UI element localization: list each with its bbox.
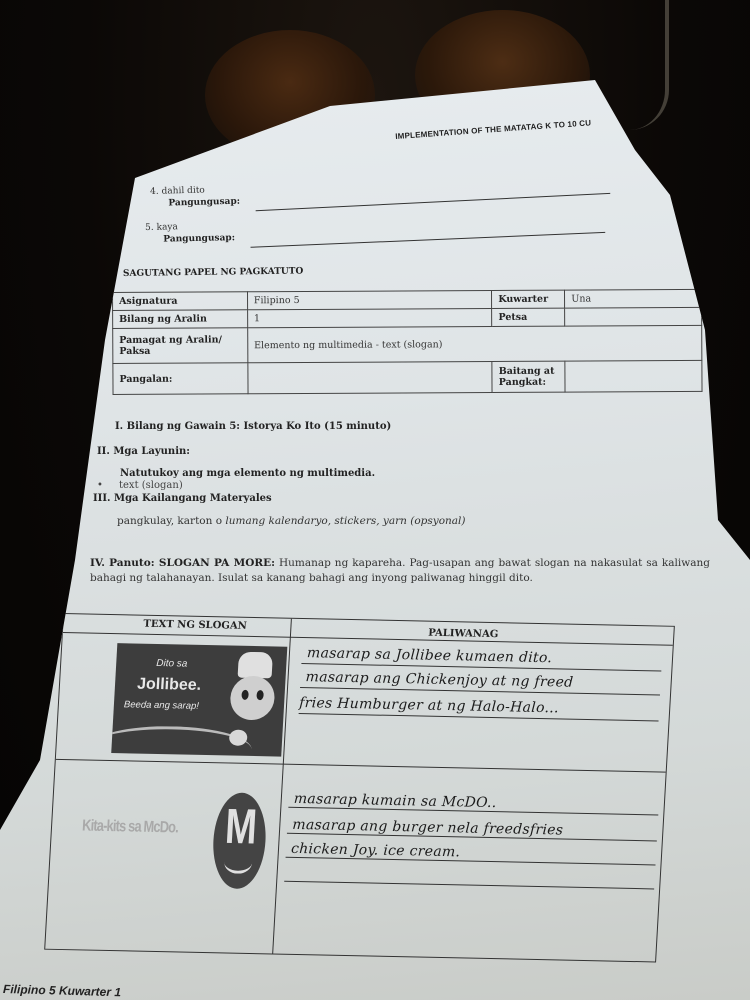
lesson-title-label: Pamagat ng Aralin/ Paksa [113, 328, 248, 364]
date-label: Petsa [492, 308, 565, 326]
slogan-table: TEXT NG SLOGAN PALIWANAG Dito sa Jollibe… [44, 613, 675, 962]
answer-sheet-title: SAGUTANG PAPEL NG PAGKATUTO [123, 266, 303, 279]
bullet-icon: • [97, 480, 119, 491]
sentence-label: Pangungusap: [163, 233, 235, 244]
objective-text: Natutukoy ang mga elemento ng multimedia… [120, 468, 375, 479]
name-label: Pangalan: [113, 363, 248, 395]
page-header: IMPLEMENTATION OF THE MATATAG K TO 10 CU [395, 118, 591, 141]
jollibee-logo-text: Jollibee. [137, 676, 202, 695]
quarter-label: Kuwarter [492, 290, 565, 308]
materials-list: pangkulay, karton o lumang kalendaryo, s… [117, 515, 466, 527]
jollibee-mascot-icon [229, 676, 275, 721]
connector-word: dahil dito [161, 186, 204, 197]
objective-bullet: •text (slogan) [97, 480, 183, 491]
quarter-value: Una [565, 289, 702, 308]
materials-heading: III. Mga Kailangang Materyales [93, 493, 272, 504]
column-header-explanation: PALIWANAG [428, 628, 499, 640]
worksheet-page: IMPLEMENTATION OF THE MATATAG K TO 10 CU… [0, 0, 750, 1000]
sentence-item-4: 4. dahil dito Pangungusap: [150, 185, 240, 209]
mcdo-slogan-text: Kita-kits sa McDo. [82, 817, 179, 837]
subject-value: Filipino 5 [247, 291, 492, 310]
objectives-heading: II. Mga Layunin: [97, 446, 190, 457]
mcdonalds-logo-icon: M [211, 792, 268, 889]
mcdo-ad-image: Kita-kits sa McDo. M [79, 789, 275, 893]
connector-word: kaya [156, 222, 177, 232]
answer-line[interactable] [256, 193, 611, 211]
column-header-slogan: TEXT NG SLOGAN [143, 619, 247, 632]
subject-label: Asignatura [113, 292, 248, 311]
lesson-number-value: 1 [247, 309, 492, 328]
mascot-hat-icon [238, 652, 273, 679]
sentence-label: Pangungusap: [168, 197, 240, 209]
activity-title: I. Bilang ng Gawain 5: Istorya Ko Ito (1… [115, 421, 391, 432]
lesson-info-table: Asignatura Filipino 5 Kuwarter Una Bilan… [112, 289, 703, 395]
lesson-number-label: Bilang ng Aralin [113, 310, 248, 329]
instructions-text: IV. Panuto: SLOGAN PA MORE: Humanap ng k… [90, 556, 710, 586]
lesson-title-value: Elemento ng multimedia - text (slogan) [248, 325, 702, 362]
jollibee-ad-image: Dito sa Jollibee. Beeda ang sarap! [111, 643, 287, 756]
date-field[interactable] [565, 307, 702, 326]
name-field[interactable] [248, 362, 493, 394]
sentence-item-5: 5. kaya Pangungusap: [145, 221, 235, 245]
handwritten-answer: masarap ang burger nela freedsfries [292, 817, 564, 839]
grade-section-field[interactable] [565, 360, 702, 392]
answer-line[interactable] [251, 232, 606, 248]
grade-section-label: Baitang at Pangkat: [492, 361, 565, 392]
page-footer: Filipino 5 Kuwarter 1 [3, 982, 121, 999]
